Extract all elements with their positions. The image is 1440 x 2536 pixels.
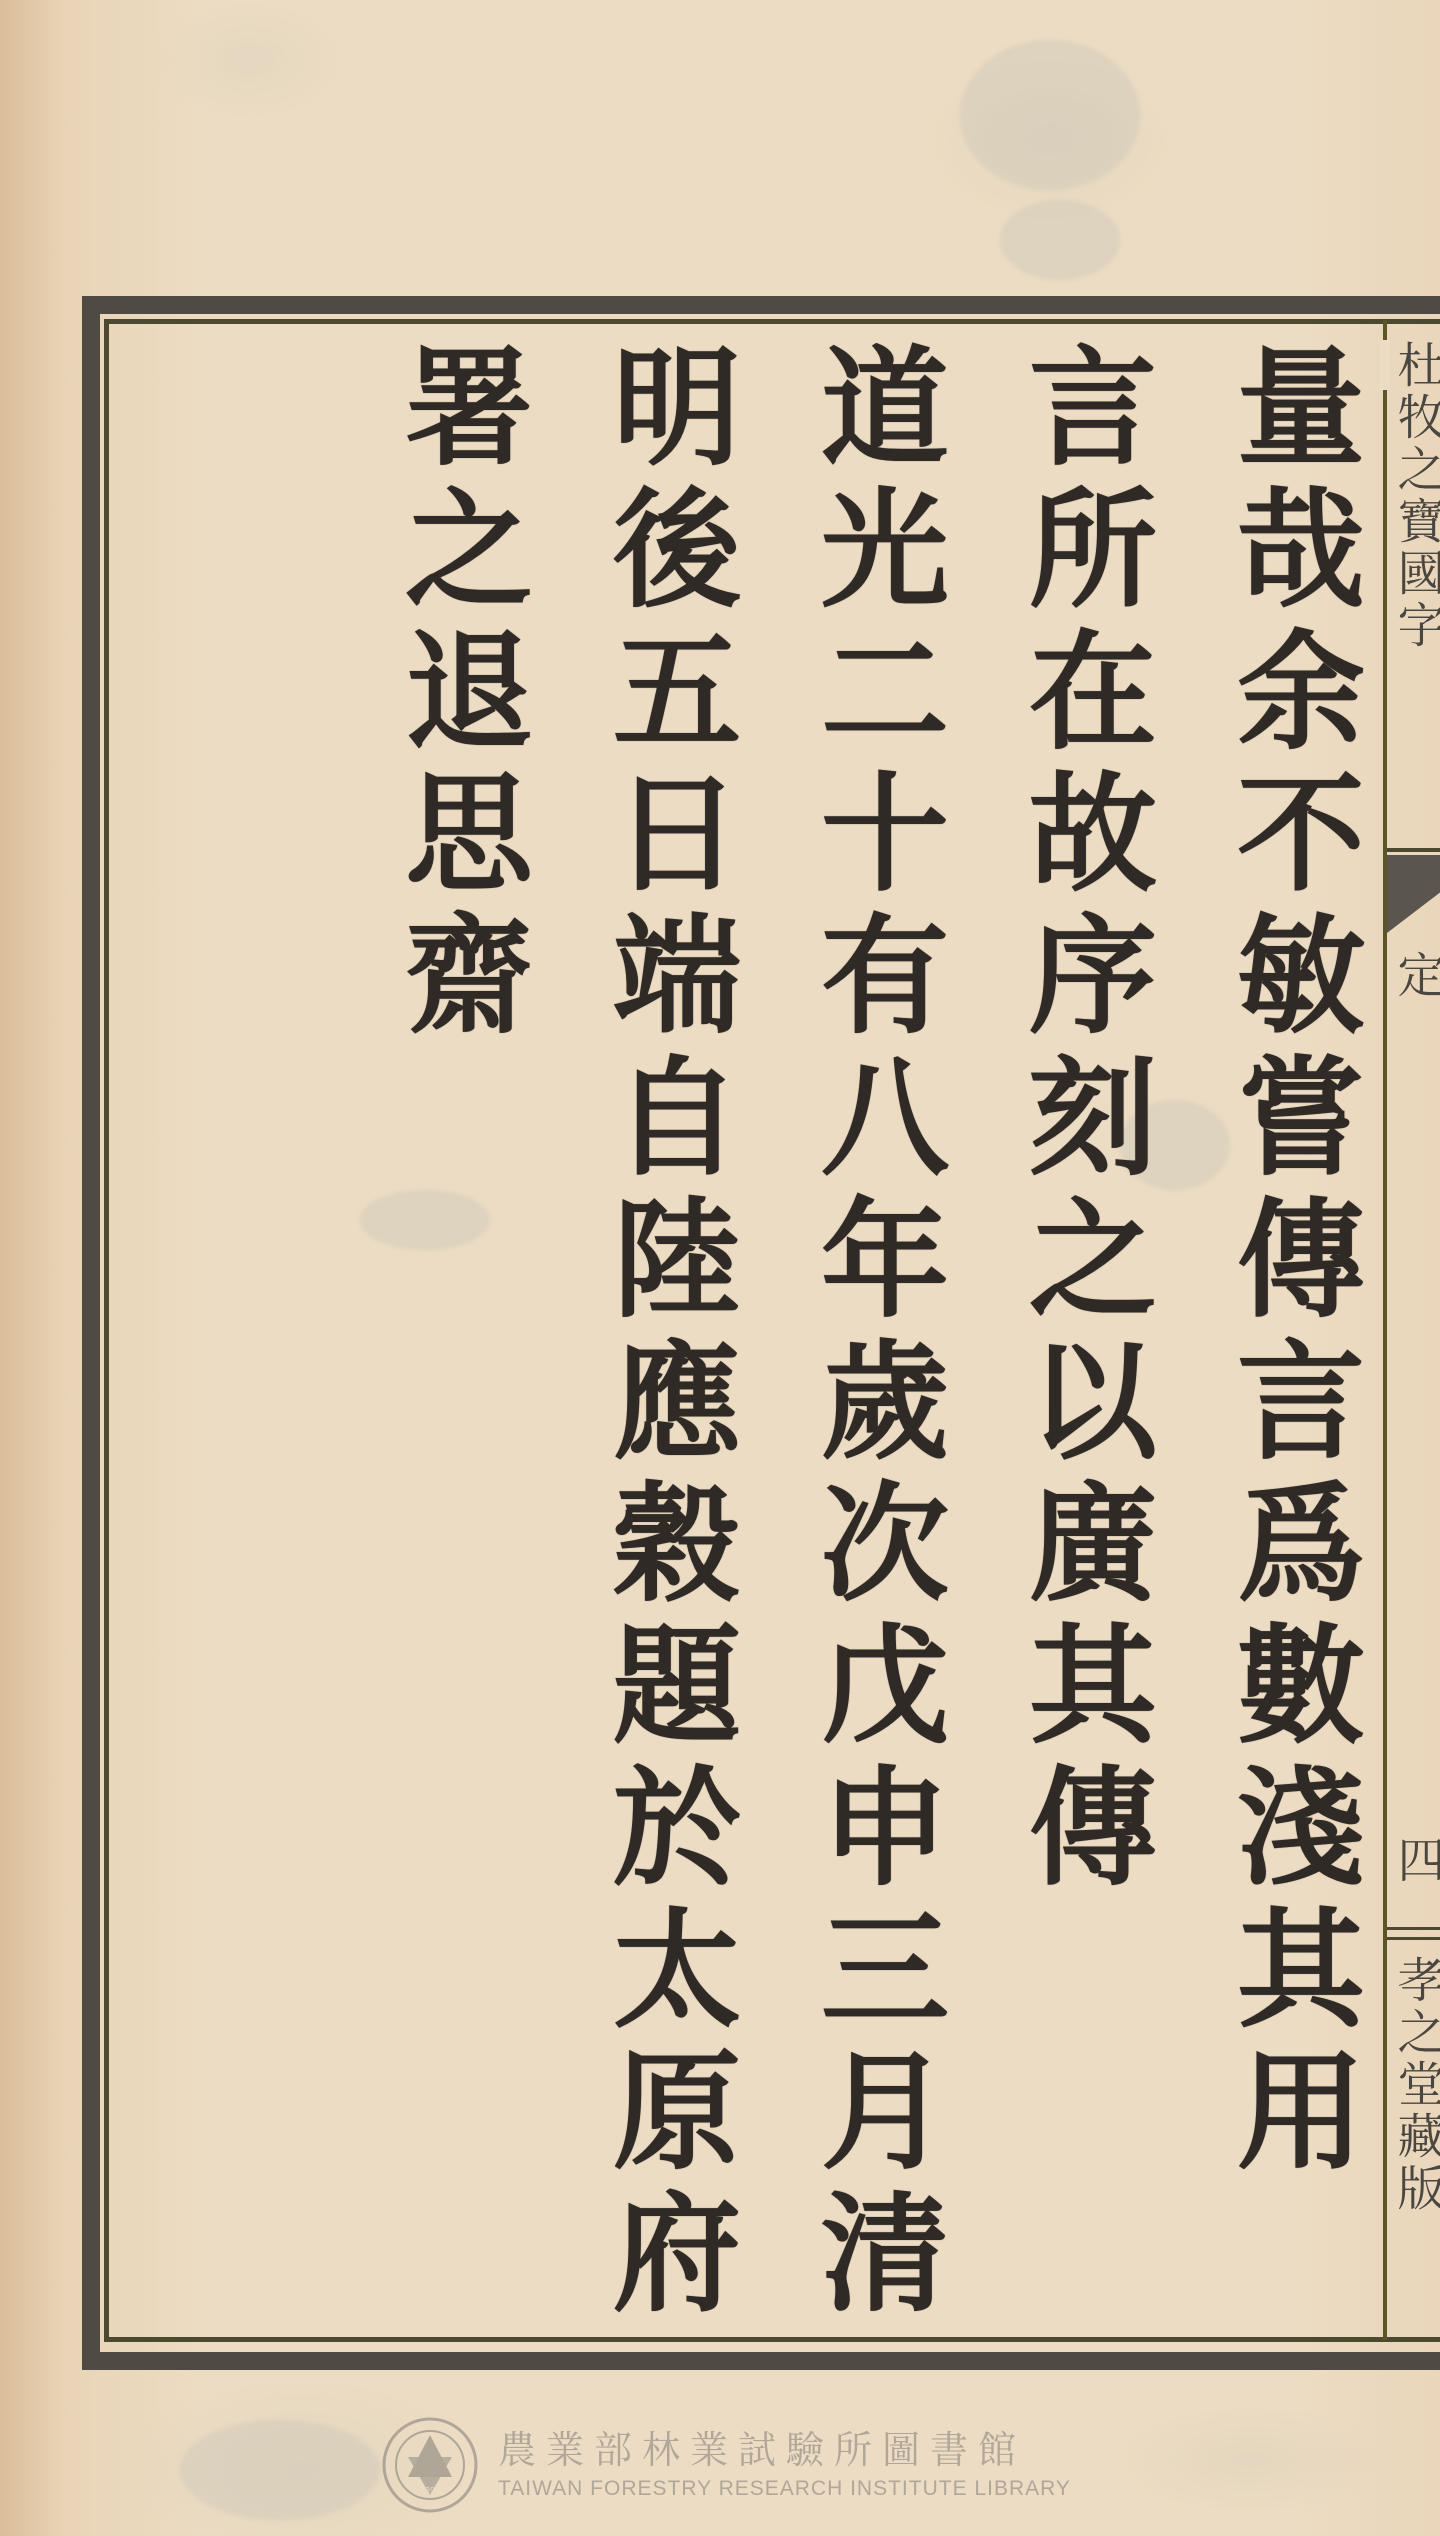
institute-logo-icon: 1896	[380, 2415, 480, 2515]
watermark-english: TAIWAN FORESTRY RESEARCH INSTITUTE LIBRA…	[498, 2476, 1071, 2502]
text-column-2: 言所在故序刻之以廣其傳	[1002, 340, 1162, 2330]
water-stain	[180, 2420, 380, 2520]
water-stain	[960, 40, 1140, 190]
text-column-1: 量哉余不敏嘗傳言爲數淺其用	[1210, 340, 1370, 2330]
calligraphy-text-block: 量哉余不敏嘗傳言爲數淺其用 言所在故序刻之以廣其傳 道光二十有八年歲次戊申三月清…	[378, 340, 1370, 2330]
banxin-divider	[1387, 1927, 1440, 1930]
watermark-chinese: 農業部林業試驗所圖書館	[498, 2428, 1071, 2472]
banxin-page-number: 四	[1393, 1835, 1440, 1895]
banxin-rule-gap	[1380, 340, 1390, 390]
banxin-title: 杜牧之寶國字	[1393, 340, 1440, 840]
water-stain	[1000, 200, 1120, 280]
banxin-fishtail-char: 定	[1393, 950, 1440, 1010]
banxin-publisher: 孝之堂藏版	[1393, 1955, 1440, 2335]
library-watermark: 1896 農業部林業試驗所圖書館 TAIWAN FORESTRY RESEARC…	[380, 2415, 1071, 2515]
text-column-3: 道光二十有八年歲次戊申三月清	[794, 340, 954, 2330]
banxin-divider	[1387, 1937, 1440, 1940]
text-column-4: 明後五日端自陸應穀題於太原府	[586, 340, 746, 2330]
banxin-rule	[1383, 320, 1387, 2340]
svg-text:1896: 1896	[420, 2486, 440, 2495]
spine-shadow	[0, 0, 60, 2536]
text-column-5: 署之退思齋	[378, 340, 538, 2330]
fishtail-rule	[1387, 848, 1440, 852]
